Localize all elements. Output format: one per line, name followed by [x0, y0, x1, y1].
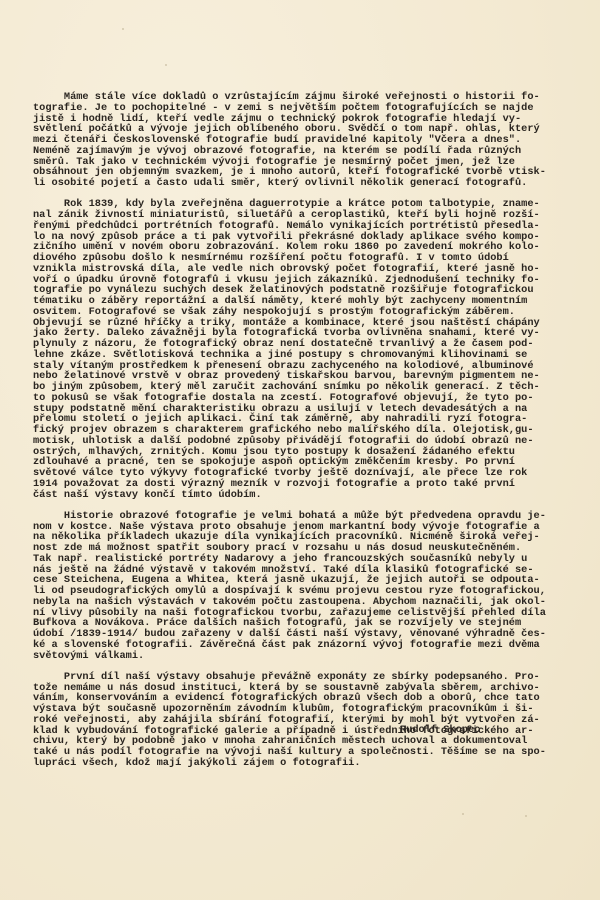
- text-line: První díl naší výstavy obsahuje převážně…: [33, 672, 573, 683]
- text-line: vznikla mistrovská díla, ale vedle nich …: [33, 264, 573, 275]
- text-line: lehne zkáze. Světlotisková technika a ji…: [33, 350, 573, 361]
- text-line: řenými předchůdci portrétních fotografů.…: [33, 221, 573, 232]
- text-line: Tak např. realistické portréty Nadarovy …: [33, 554, 573, 565]
- text-line: roké veřejnosti, aby zahájila sbírání fo…: [33, 715, 573, 726]
- paragraph: Rok 1839, kdy byla zveřejněna daguerroty…: [33, 199, 573, 500]
- paper-speck: [165, 64, 167, 66]
- signature: Rudolf Skopec: [400, 724, 480, 736]
- text-line: lupráci všech, kdož mají jakýkoli zájem …: [33, 758, 573, 769]
- paragraph: Máme stále více dokladů o vzrůstajícím z…: [33, 92, 573, 189]
- text-line: část naší výstavy končí tímto údobím.: [33, 490, 573, 501]
- text-line: Neméně zajímavým je vývoj obrazové fotog…: [33, 146, 573, 157]
- text-line: to pokusů se však fotografie dostala na …: [33, 393, 573, 404]
- text-line: nebyla na našich výstavách v takovém poč…: [33, 597, 573, 608]
- text-line: světovými válkami.: [33, 651, 573, 662]
- text-line: tografie. Je to pochopitelné - v zemi s …: [33, 103, 573, 114]
- text-line: li osobité pojetí a často udali směr, kt…: [33, 178, 573, 189]
- text-line: Historie obrazové fotografie je velmi bo…: [33, 511, 573, 522]
- text-line: 1914 považovat za dosti výrazný mezník v…: [33, 479, 573, 490]
- typewritten-page: Máme stále více dokladů o vzrůstajícím z…: [0, 0, 600, 900]
- paper-speck: [122, 28, 124, 30]
- document-body: Máme stále více dokladů o vzrůstajícím z…: [33, 92, 573, 779]
- paragraph: Historie obrazové fotografie je velmi bo…: [33, 511, 573, 662]
- paper-speck: [462, 813, 464, 815]
- text-line: motisk, uhlotisk a další podobné způsoby…: [33, 436, 573, 447]
- text-line: osvitem. Fotografové se však záhy nespok…: [33, 307, 573, 318]
- paper-speck: [525, 815, 527, 817]
- paragraph: První díl naší výstavy obsahuje převážně…: [33, 672, 573, 769]
- text-line: ké a slovenské fotografii. Závěrečná čás…: [33, 640, 573, 651]
